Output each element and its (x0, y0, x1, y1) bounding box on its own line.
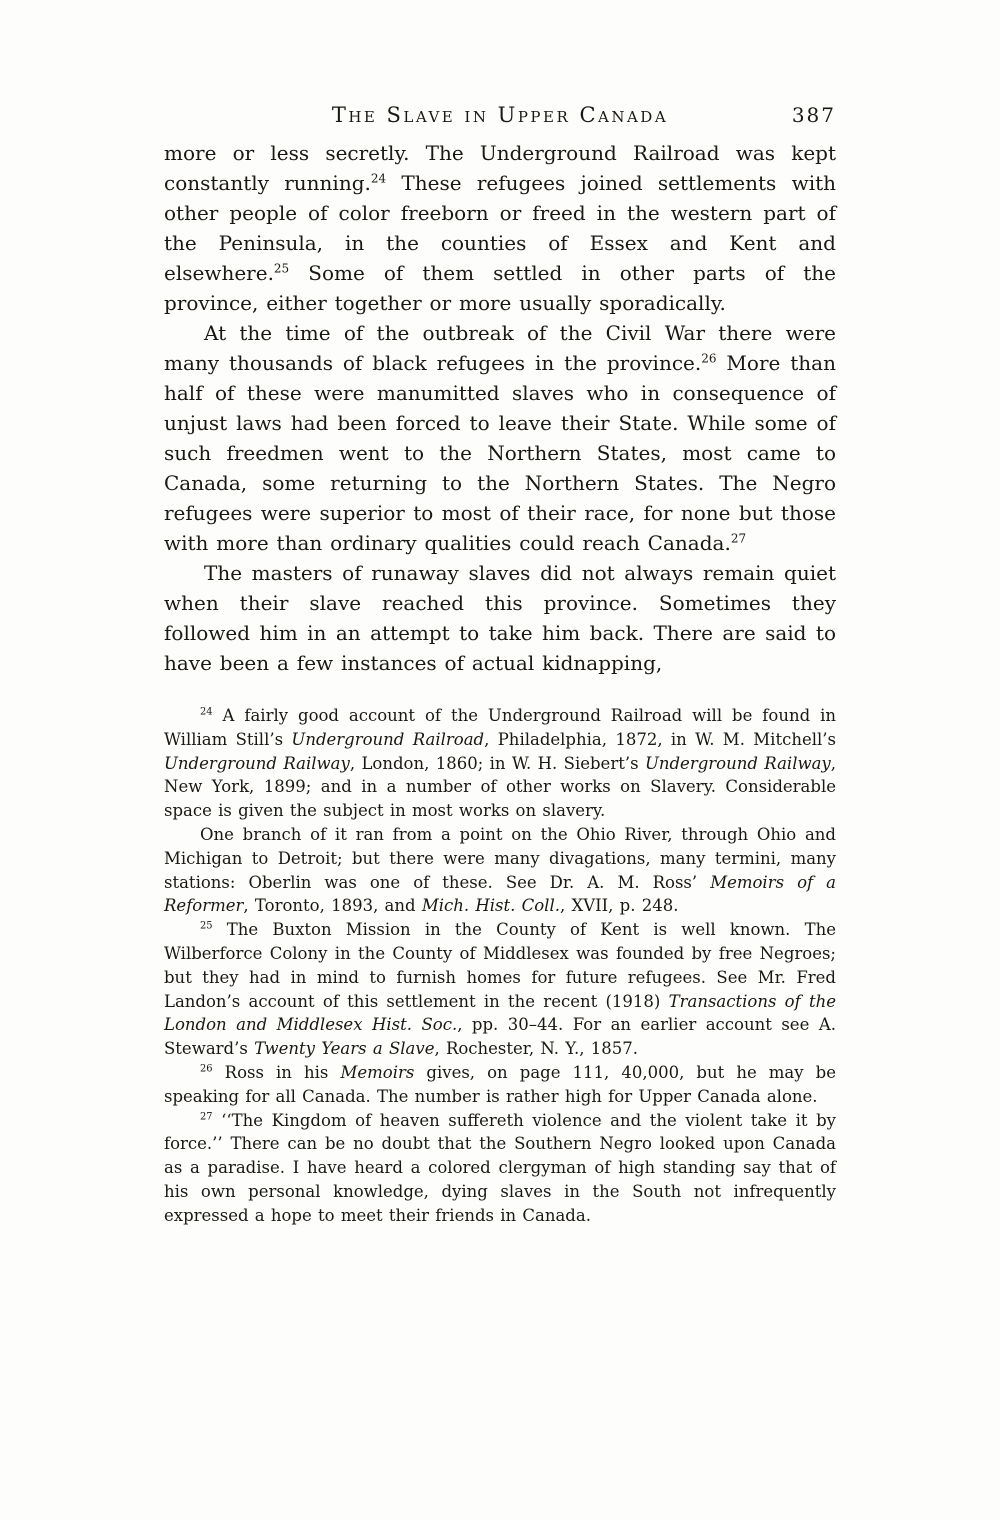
text-run: , Philadelphia, 1872, in W. M. Mitchell’… (484, 730, 836, 749)
running-title: The Slave in Upper Canada (164, 103, 836, 127)
footnote-marker: 26 (200, 1063, 213, 1074)
cited-work-title: Memoirs (340, 1063, 414, 1082)
footnote-marker: 25 (274, 261, 289, 275)
paragraph-1: more or less secretly. The Underground R… (164, 138, 836, 318)
text-run: More than half of these were manumitted … (164, 351, 836, 555)
paragraph-2: At the time of the outbreak of the Civil… (164, 318, 836, 558)
footnote-marker: 27 (731, 531, 746, 545)
cited-work-title: Twenty Years a Slave (254, 1039, 434, 1058)
text-run: Ross in his (213, 1063, 341, 1082)
footnote-24: 24 A fairly good account of the Undergro… (164, 704, 836, 823)
footnote-marker: 27 (200, 1111, 213, 1122)
footnotes-section: 24 A fairly good account of the Undergro… (164, 704, 836, 1228)
footnote-25: 25 The Buxton Mission in the County of K… (164, 918, 836, 1061)
text-run: ‘‘The Kingdom of heaven suffereth violen… (164, 1111, 836, 1225)
footnote-marker: 24 (200, 707, 213, 718)
book-page: The Slave in Upper Canada 387 more or le… (0, 0, 1000, 1520)
footnote-27: 27 ‘‘The Kingdom of heaven suffereth vio… (164, 1109, 836, 1228)
cited-work-title: Underground Railway (164, 754, 350, 773)
page-number: 387 (792, 103, 836, 127)
text-run: , London, 1860; in W. H. Siebert’s (350, 754, 645, 773)
footnote-marker: 25 (200, 921, 213, 932)
text-run: , XVII, p. 248. (560, 896, 678, 915)
cited-work-title: Underground Railroad (291, 730, 484, 749)
text-run: , Rochester, N. Y., 1857. (434, 1039, 638, 1058)
footnote-marker: 26 (701, 351, 716, 365)
footnote-24-continued: One branch of it ran from a point on the… (164, 823, 836, 918)
footnote-26: 26 Ross in his Memoirs gives, on page 11… (164, 1061, 836, 1109)
cited-work-title: Underground Railway (645, 754, 831, 773)
text-column: The Slave in Upper Canada 387 more or le… (164, 0, 836, 1228)
footnote-marker: 24 (371, 171, 386, 185)
body-text: more or less secretly. The Underground R… (164, 138, 836, 678)
cited-work-title: Mich. Hist. Coll. (422, 896, 560, 915)
page-header: The Slave in Upper Canada 387 (164, 0, 836, 138)
text-run: , Toronto, 1893, and (243, 896, 421, 915)
paragraph-3: The masters of runaway slaves did not al… (164, 558, 836, 678)
text-run: The masters of runaway slaves did not al… (164, 561, 836, 675)
